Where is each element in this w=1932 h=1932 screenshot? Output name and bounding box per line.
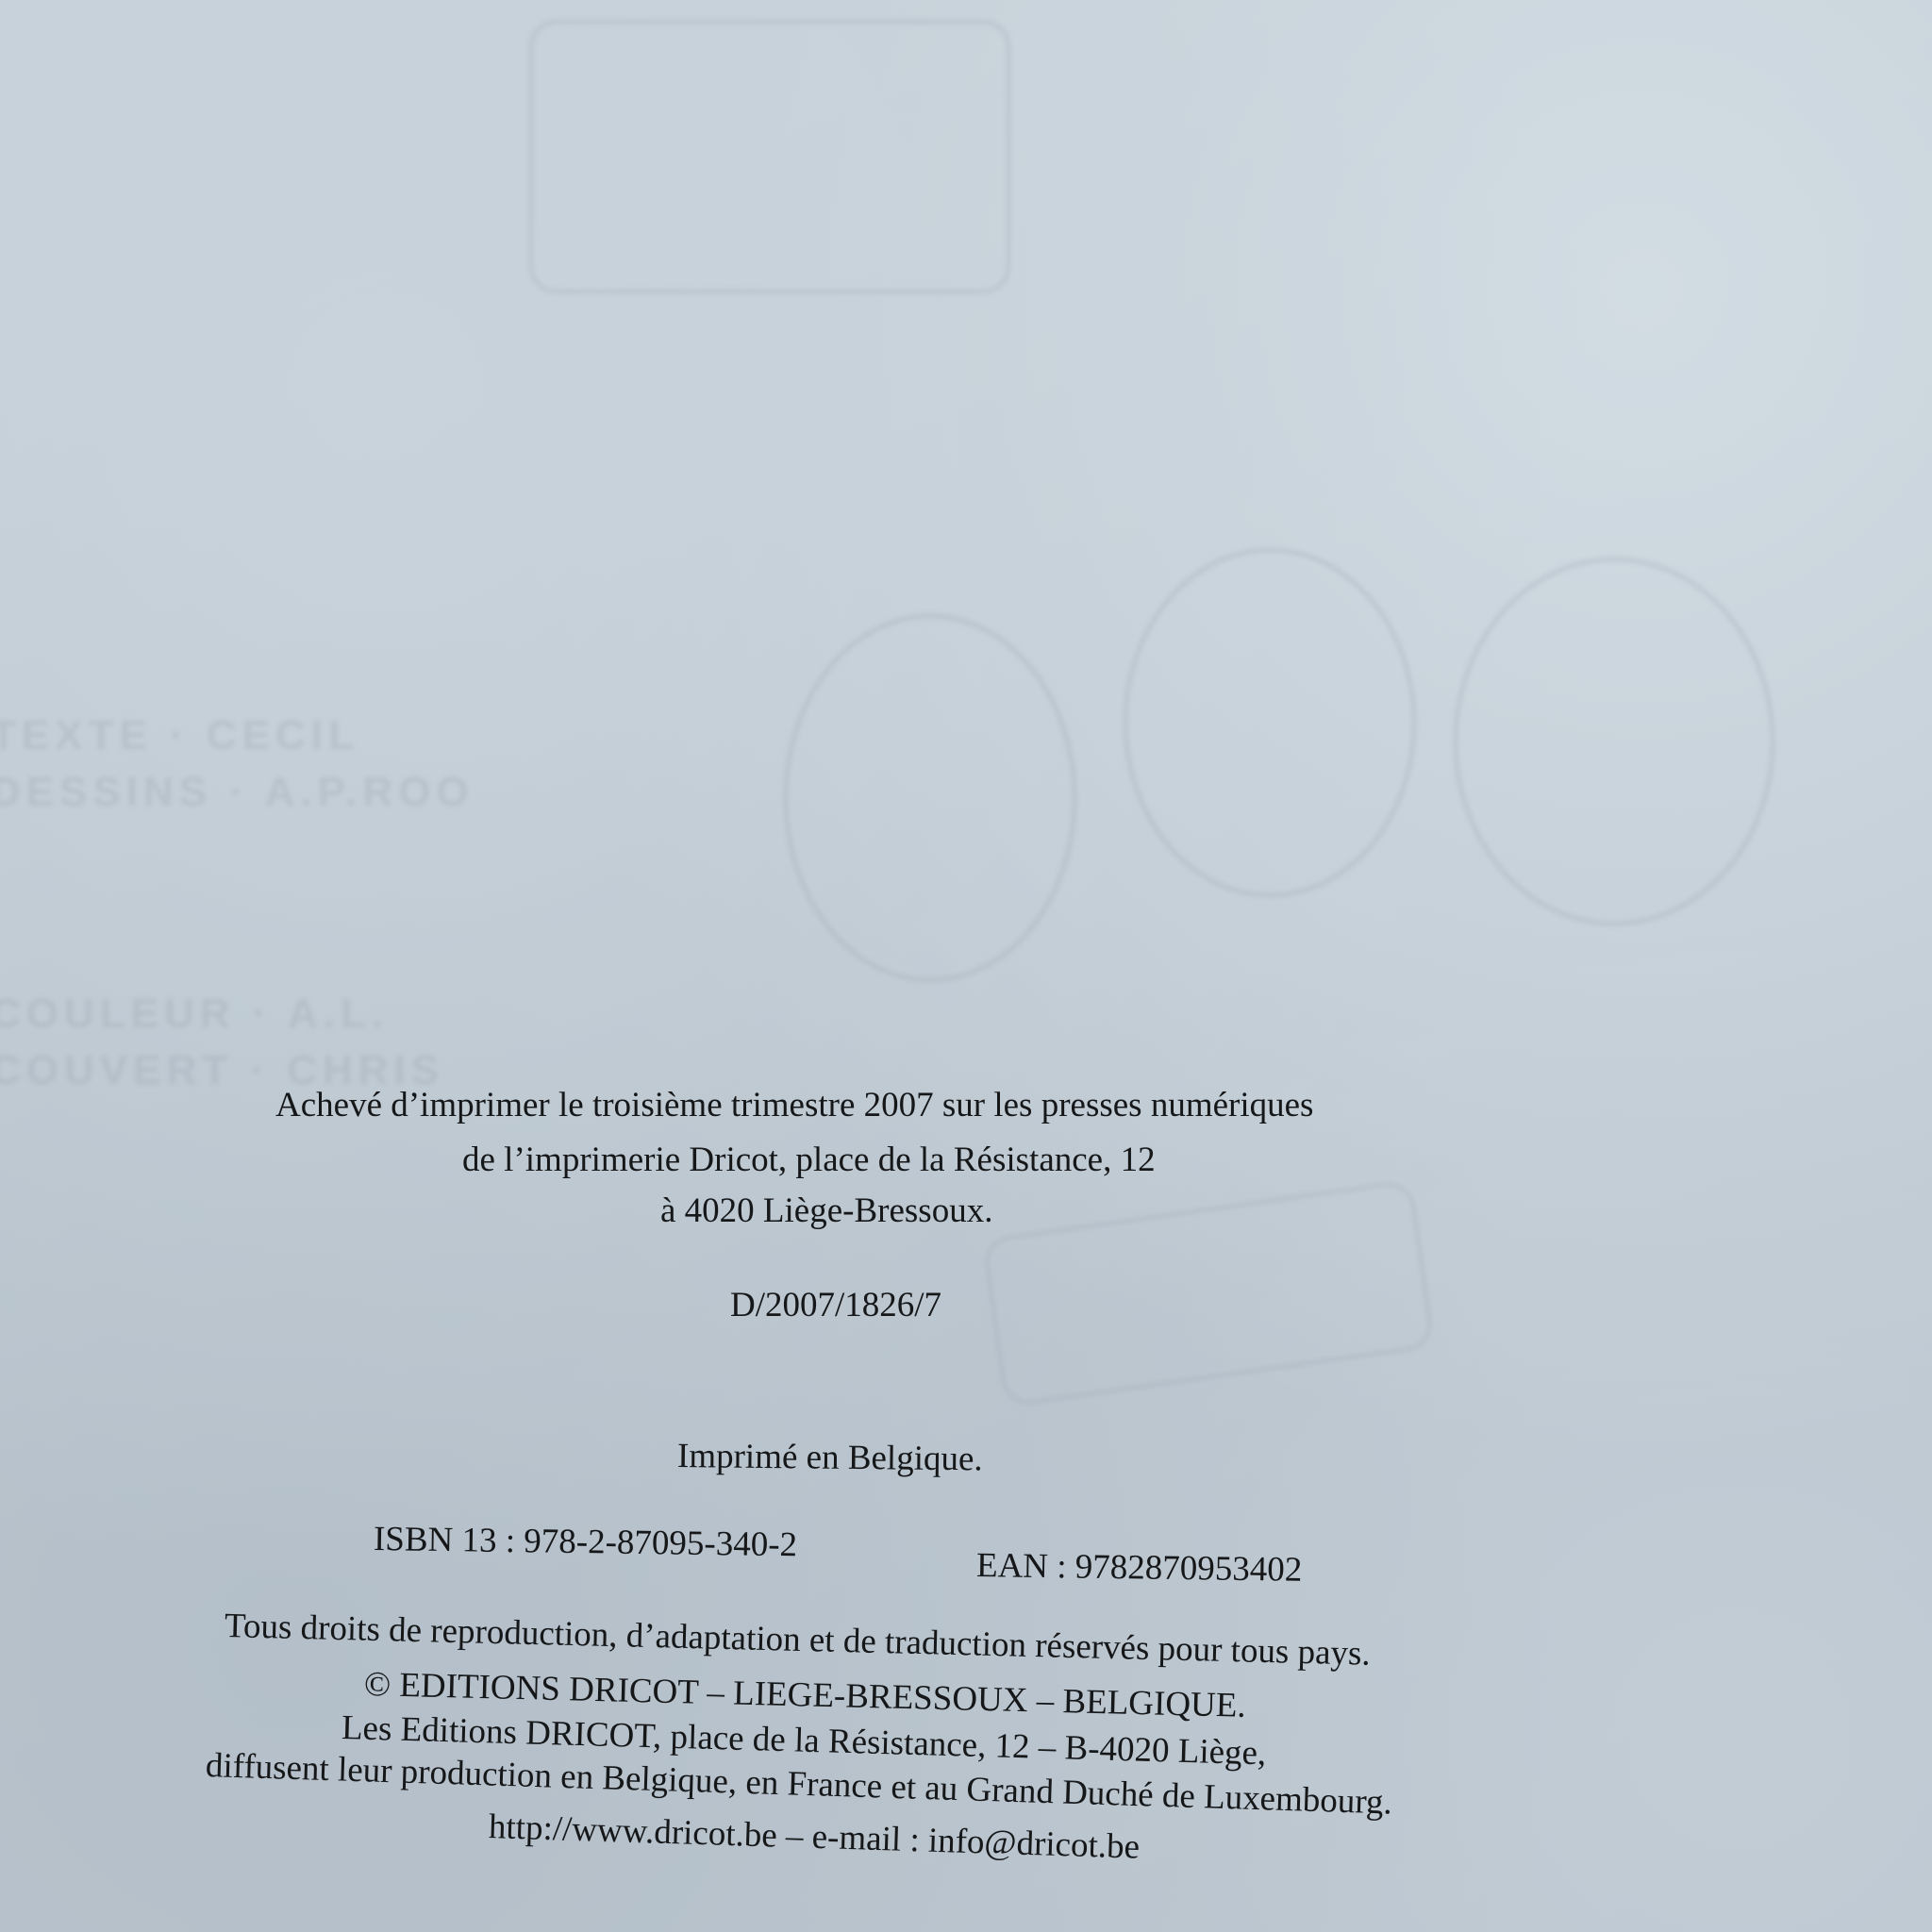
printing-line-1: Achevé d’imprimer le troisième trimestre… [275, 1085, 1313, 1126]
rights-line-5: http://www.dricot.be – e-mail : info@dri… [488, 1807, 1140, 1869]
printing-line-3: à 4020 Liège-Bressoux. [660, 1191, 992, 1232]
ghost-face-left [783, 613, 1077, 983]
legal-deposit: D/2007/1826/7 [730, 1285, 941, 1326]
ghost-text-2: DESSINS · A.P.ROO [0, 769, 475, 816]
printed-in: Imprimé en Belgique. [677, 1436, 983, 1481]
ghost-text-3: COULEUR · A.L. [0, 991, 389, 1038]
printing-line-2: de l’imprimerie Dricot, place de la Rési… [462, 1140, 1156, 1181]
ghost-text-1: TEXTE · CECIL [0, 712, 359, 759]
ean: EAN : 9782870953402 [976, 1545, 1303, 1591]
ghost-face-right [1453, 557, 1775, 926]
ghost-sketch-top [528, 19, 1011, 294]
isbn: ISBN 13 : 978-2-87095-340-2 [374, 1519, 798, 1567]
ghost-face-middle [1123, 547, 1417, 898]
ghost-sketch-bottom [981, 1178, 1437, 1409]
